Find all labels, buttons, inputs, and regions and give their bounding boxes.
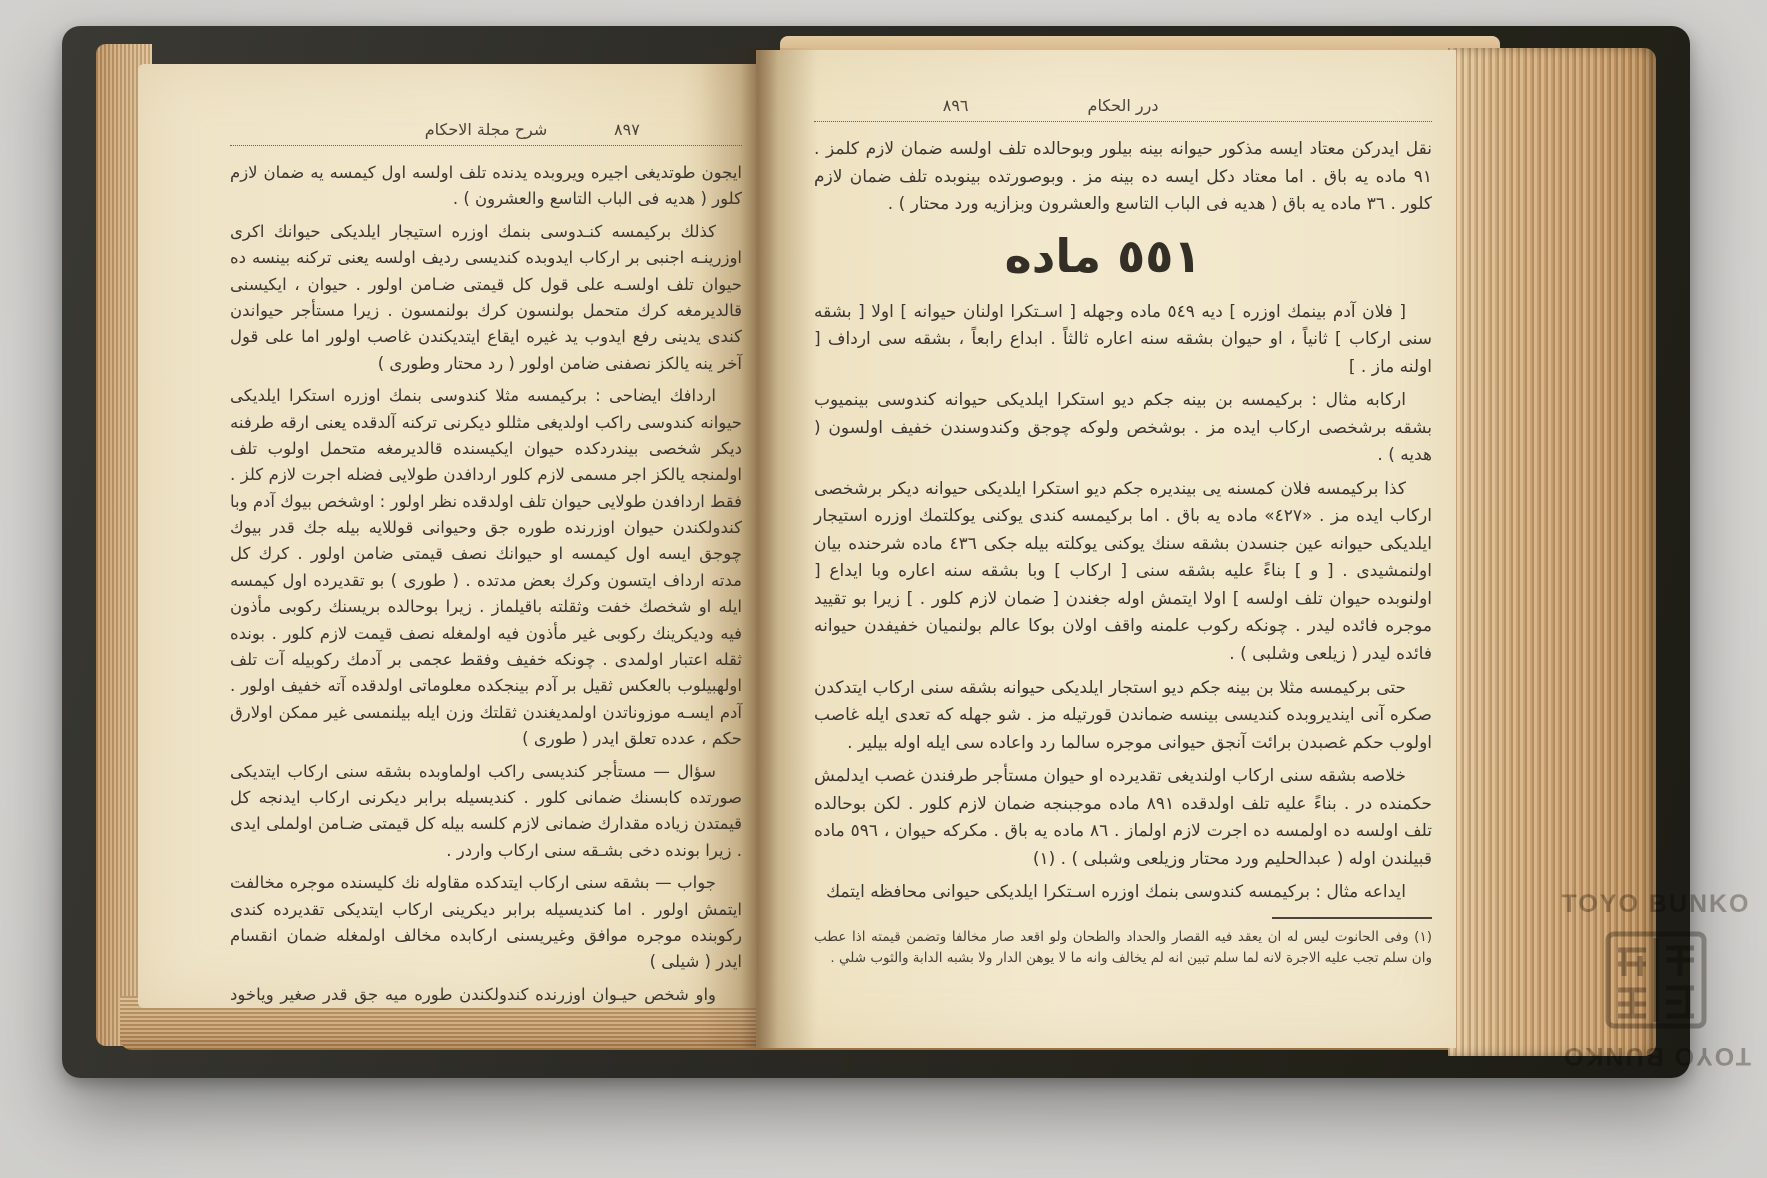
photo-scene: ٨٩٧ شرح مجلة الاحكام ايجون طوتديغى اجيره…: [0, 0, 1767, 1178]
right-page-body: [ فلان آدم بينمك اوزره ] ديه ٥٤٩ ماده وج…: [814, 299, 1432, 907]
paragraph: حتى بركيمسه مثلا بن بينه جكم ديو استجار …: [814, 675, 1432, 758]
paragraph: ايجون طوتديغى اجيره ويروبده يدنده تلف او…: [230, 160, 742, 213]
paragraph: خلاصه بشقه سنى اركاب اولنديغى تقديرده او…: [814, 763, 1432, 873]
paragraph: سؤال — مستأجر كنديسى راكب اولماوبده بشقه…: [230, 759, 742, 865]
paragraph: اركابه مثال : بركيمسه بن بينه جكم ديو اس…: [814, 387, 1432, 470]
right-page: درر الحكام ٨٩٦ نقل ايدركن معتاد ايسه مذك…: [756, 50, 1456, 1048]
left-page-number: ٨٩٧: [614, 120, 742, 139]
page-edges-fore-right: [1448, 48, 1656, 1056]
right-page-header: درر الحكام ٨٩٦: [814, 96, 1432, 122]
left-page-body: ايجون طوتديغى اجيره ويروبده يدنده تلف او…: [230, 160, 742, 1008]
footnote-separator: [1272, 917, 1432, 919]
left-running-title: شرح مجلة الاحكام: [358, 120, 614, 139]
left-page-header: ٨٩٧ شرح مجلة الاحكام: [230, 120, 742, 146]
paragraph: ايداعه مثال : بركيمسه كندوسى بنمك اوزره …: [814, 879, 1432, 907]
paragraph: كذا بركيمسه فلان كمسنه يى بينديره جكم دي…: [814, 476, 1432, 669]
right-page-intro: نقل ايدركن معتاد ايسه مذكور حيوانه بينه …: [814, 136, 1432, 219]
left-page: ٨٩٧ شرح مجلة الاحكام ايجون طوتديغى اجيره…: [138, 64, 756, 1008]
footnote-text: (١) وفى الحانوت ليس له ان يعقد فيه القصا…: [814, 927, 1432, 969]
paragraph: كذلك بركيمسه كنـدوسى بنمك اوزره استيجار …: [230, 219, 742, 377]
paragraph: اردافك ايضاحى : بركيمسه مثلا كندوسى بنمك…: [230, 383, 742, 752]
paragraph: واو شخص حيـوان اوزرنده كندولكندن طوره مي…: [230, 982, 742, 1008]
article-551-heading: ٥٥١ ماده: [814, 229, 1392, 283]
right-running-title: درر الحكام: [969, 96, 1278, 115]
paragraph: [ فلان آدم بينمك اوزره ] ديه ٥٤٩ ماده وج…: [814, 299, 1432, 382]
right-page-number: ٨٩٦: [814, 96, 969, 115]
paragraph: جواب — بشقه سنى اركاب ايتدكده مقاوله نك …: [230, 870, 742, 976]
paragraph: نقل ايدركن معتاد ايسه مذكور حيوانه بينه …: [814, 136, 1432, 219]
